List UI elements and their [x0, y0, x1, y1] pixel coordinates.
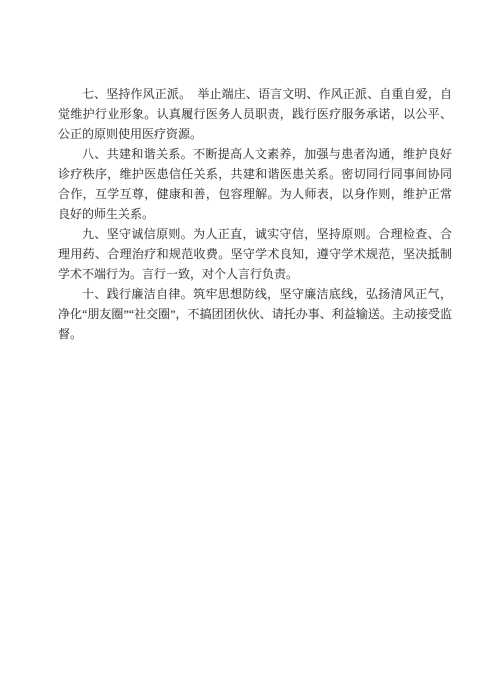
paragraph-clause-9: 九、坚守诚信原则。为人正直，诚实守信，坚持原则。合理检查、合理用药、合理治疗和规…	[58, 224, 452, 284]
paragraph-clause-8: 八、共建和谐关系。不断提高人文素养，加强与患者沟通，维护良好诊疗秩序，维护医患信…	[58, 144, 452, 224]
document-text-block: 七、坚持作风正派。 举止端庄、语言文明、作风正派、自重自爱，自觉维护行业形象。认…	[58, 84, 452, 344]
paragraph-clause-7: 七、坚持作风正派。 举止端庄、语言文明、作风正派、自重自爱，自觉维护行业形象。认…	[58, 84, 452, 144]
paragraph-clause-10: 十、践行廉洁自律。筑牢思想防线，坚守廉洁底线，弘扬清风正气，净化“朋友圈”“社交…	[58, 284, 452, 344]
document-page: 七、坚持作风正派。 举止端庄、语言文明、作风正派、自重自爱，自觉维护行业形象。认…	[0, 0, 495, 700]
